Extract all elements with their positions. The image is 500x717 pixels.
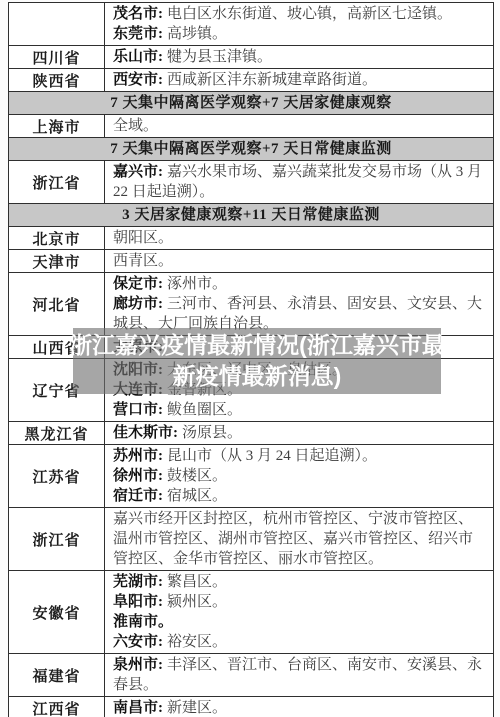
areas-cell: 芜湖市:繁昌区。阜阳市:颍州区。淮南市。六安市:裕安区。 <box>105 571 493 653</box>
table-row: 河北省保定市:涿州市。廊坊市:三河市、香河县、永清县、固安县、文安县、大城县、大… <box>9 273 493 336</box>
city-name: 淮南市。 <box>113 614 173 630</box>
areas-cell: 南昌市:新建区。 <box>105 697 493 717</box>
district-list: 全域。 <box>113 118 158 134</box>
overlay-title-line: 浙江嘉兴疫情最新情况(浙江嘉兴市最 <box>69 330 445 361</box>
city-line: 淮南市。 <box>113 612 487 632</box>
district-list: 西青区。 <box>113 253 173 269</box>
district-list: 丰泽区、晋江市、台商区、南安市、安溪县、永春县。 <box>113 657 482 693</box>
province-cell: 浙江省 <box>9 161 105 203</box>
district-list: 鼓楼区。 <box>167 468 227 484</box>
district-list: 昆山市（从 3 月 24 日起追溯）。 <box>167 448 377 464</box>
province-cell: 江苏省 <box>9 445 105 507</box>
city-name: 西安市: <box>113 72 163 88</box>
province-cell: 天津市 <box>9 250 105 272</box>
table-row: 上海市全域。 <box>9 115 493 138</box>
section-header-band: 7 天集中隔离医学观察+7 天日常健康监测 <box>9 138 493 161</box>
district-list: 汤原县。 <box>182 425 242 441</box>
city-name: 嘉兴市: <box>113 164 163 180</box>
areas-cell: 全域。 <box>105 115 493 137</box>
city-name: 徐州市: <box>113 468 163 484</box>
city-line: 朝阳区。 <box>113 228 487 248</box>
district-list: 朝阳区。 <box>113 230 173 246</box>
areas-cell: 泉州市:丰泽区、晋江市、台商区、南安市、安溪县、永春县。 <box>105 654 493 696</box>
areas-cell: 佳木斯市:汤原县。 <box>105 422 493 444</box>
district-list: 鲅鱼圈区。 <box>167 402 242 418</box>
city-line: 佳木斯市:汤原县。 <box>113 423 487 443</box>
table-row: 北京市朝阳区。 <box>9 227 493 250</box>
table-row: 四川省乐山市:犍为县玉津镇。 <box>9 46 493 69</box>
province-cell: 浙江省 <box>9 508 105 570</box>
city-line: 芜湖市:繁昌区。 <box>113 572 487 592</box>
district-list: 西咸新区沣东新城建章路街道。 <box>167 72 377 88</box>
city-line: 六安市:裕安区。 <box>113 632 487 652</box>
city-line: 南昌市:新建区。 <box>113 698 487 717</box>
table-row: 天津市西青区。 <box>9 250 493 273</box>
district-list: 嘉兴水果市场、嘉兴蔬菜批发交易市场（从 3 月 22 日起追溯）。 <box>113 164 482 200</box>
table-row: 福建省泉州市:丰泽区、晋江市、台商区、南安市、安溪县、永春县。 <box>9 654 493 697</box>
province-cell: 江西省 <box>9 697 105 717</box>
city-name: 东莞市: <box>113 26 163 42</box>
city-name: 营口市: <box>113 402 163 418</box>
city-line: 西青区。 <box>113 251 487 271</box>
city-name: 苏州市: <box>113 448 163 464</box>
overlay-title-line: 新疫情最新消息) <box>173 361 342 392</box>
city-line: 阜阳市:颍州区。 <box>113 592 487 612</box>
table-row: 江西省南昌市:新建区。 <box>9 697 493 717</box>
areas-cell: 茂名市:电白区水东街道、坡心镇，高新区七迳镇。东莞市:高埗镇。 <box>105 3 493 45</box>
province-cell: 陕西省 <box>9 69 105 91</box>
city-name: 廊坊市: <box>113 296 163 312</box>
city-line: 茂名市:电白区水东街道、坡心镇，高新区七迳镇。 <box>113 4 487 24</box>
city-name: 乐山市: <box>113 49 163 65</box>
city-line: 泉州市:丰泽区、晋江市、台商区、南安市、安溪县、永春县。 <box>113 655 487 695</box>
city-line: 徐州市:鼓楼区。 <box>113 466 487 486</box>
areas-cell: 苏州市:昆山市（从 3 月 24 日起追溯）。徐州市:鼓楼区。宿迁市:宿城区。 <box>105 445 493 507</box>
province-cell <box>9 3 105 45</box>
city-name: 泉州市: <box>113 657 163 673</box>
district-list: 高埗镇。 <box>167 26 227 42</box>
section-header-band: 7 天集中隔离医学观察+7 天居家健康观察 <box>9 92 493 115</box>
city-name: 芜湖市: <box>113 574 163 590</box>
city-line: 嘉兴市经开区封控区，杭州市管控区、宁波市管控区、温州市管控区、湖州市管控区、嘉兴… <box>113 509 487 569</box>
areas-cell: 保定市:涿州市。廊坊市:三河市、香河县、永清县、固安县、文安县、大城县、大厂回族… <box>105 273 493 335</box>
table-row: 浙江省嘉兴市:嘉兴水果市场、嘉兴蔬菜批发交易市场（从 3 月 22 日起追溯）。 <box>9 161 493 204</box>
district-list: 宿城区。 <box>167 488 227 504</box>
city-name: 南昌市: <box>113 700 163 716</box>
province-cell: 安徽省 <box>9 571 105 653</box>
table-row: 浙江省嘉兴市经开区封控区，杭州市管控区、宁波市管控区、温州市管控区、湖州市管控区… <box>9 508 493 571</box>
province-cell: 黑龙江省 <box>9 422 105 444</box>
areas-cell: 乐山市:犍为县玉津镇。 <box>105 46 493 68</box>
areas-cell: 嘉兴市经开区封控区，杭州市管控区、宁波市管控区、温州市管控区、湖州市管控区、嘉兴… <box>105 508 493 570</box>
district-list: 三河市、香河县、永清县、固安县、文安县、大城县、大厂回族自治县。 <box>113 296 482 332</box>
areas-cell: 嘉兴市:嘉兴水果市场、嘉兴蔬菜批发交易市场（从 3 月 22 日起追溯）。 <box>105 161 493 203</box>
city-line: 东莞市:高埗镇。 <box>113 24 487 44</box>
city-line: 西安市:西咸新区沣东新城建章路街道。 <box>113 70 487 90</box>
province-cell: 北京市 <box>9 227 105 249</box>
province-cell: 四川省 <box>9 46 105 68</box>
table-row: 江苏省苏州市:昆山市（从 3 月 24 日起追溯）。徐州市:鼓楼区。宿迁市:宿城… <box>9 445 493 508</box>
city-name: 保定市: <box>113 276 163 292</box>
district-list: 电白区水东街道、坡心镇，高新区七迳镇。 <box>167 6 452 22</box>
district-list: 涿州市。 <box>167 276 227 292</box>
district-list: 颍州区。 <box>167 594 227 610</box>
areas-cell: 西青区。 <box>105 250 493 272</box>
city-name: 茂名市: <box>113 6 163 22</box>
article-page: 茂名市:电白区水东街道、坡心镇，高新区七迳镇。东莞市:高埗镇。四川省乐山市:犍为… <box>0 0 500 717</box>
city-line: 嘉兴市:嘉兴水果市场、嘉兴蔬菜批发交易市场（从 3 月 22 日起追溯）。 <box>113 162 487 202</box>
city-line: 苏州市:昆山市（从 3 月 24 日起追溯）。 <box>113 446 487 466</box>
city-name: 佳木斯市: <box>113 425 178 441</box>
district-list: 嘉兴市经开区封控区，杭州市管控区、宁波市管控区、温州市管控区、湖州市管控区、嘉兴… <box>113 511 473 567</box>
title-overlay: 浙江嘉兴疫情最新情况(浙江嘉兴市最新疫情最新消息) <box>73 328 441 394</box>
section-header-band: 3 天居家健康观察+11 天日常健康监测 <box>9 204 493 227</box>
province-cell: 福建省 <box>9 654 105 696</box>
table-row: 黑龙江省佳木斯市:汤原县。 <box>9 422 493 445</box>
city-name: 宿迁市: <box>113 488 163 504</box>
city-line: 宿迁市:宿城区。 <box>113 486 487 506</box>
city-name: 六安市: <box>113 634 163 650</box>
province-cell: 河北省 <box>9 273 105 335</box>
district-list: 新建区。 <box>167 700 227 716</box>
district-list: 繁昌区。 <box>167 574 227 590</box>
table-row: 陕西省西安市:西咸新区沣东新城建章路街道。 <box>9 69 493 92</box>
areas-cell: 朝阳区。 <box>105 227 493 249</box>
table-row: 茂名市:电白区水东街道、坡心镇，高新区七迳镇。东莞市:高埗镇。 <box>9 3 493 46</box>
city-line: 乐山市:犍为县玉津镇。 <box>113 47 487 67</box>
district-list: 犍为县玉津镇。 <box>167 49 272 65</box>
city-name: 阜阳市: <box>113 594 163 610</box>
city-line: 保定市:涿州市。 <box>113 274 487 294</box>
city-line: 营口市:鲅鱼圈区。 <box>113 400 487 420</box>
table-row: 安徽省芜湖市:繁昌区。阜阳市:颍州区。淮南市。六安市:裕安区。 <box>9 571 493 654</box>
areas-cell: 西安市:西咸新区沣东新城建章路街道。 <box>105 69 493 91</box>
district-list: 裕安区。 <box>167 634 227 650</box>
city-line: 全域。 <box>113 116 487 136</box>
province-cell: 上海市 <box>9 115 105 137</box>
